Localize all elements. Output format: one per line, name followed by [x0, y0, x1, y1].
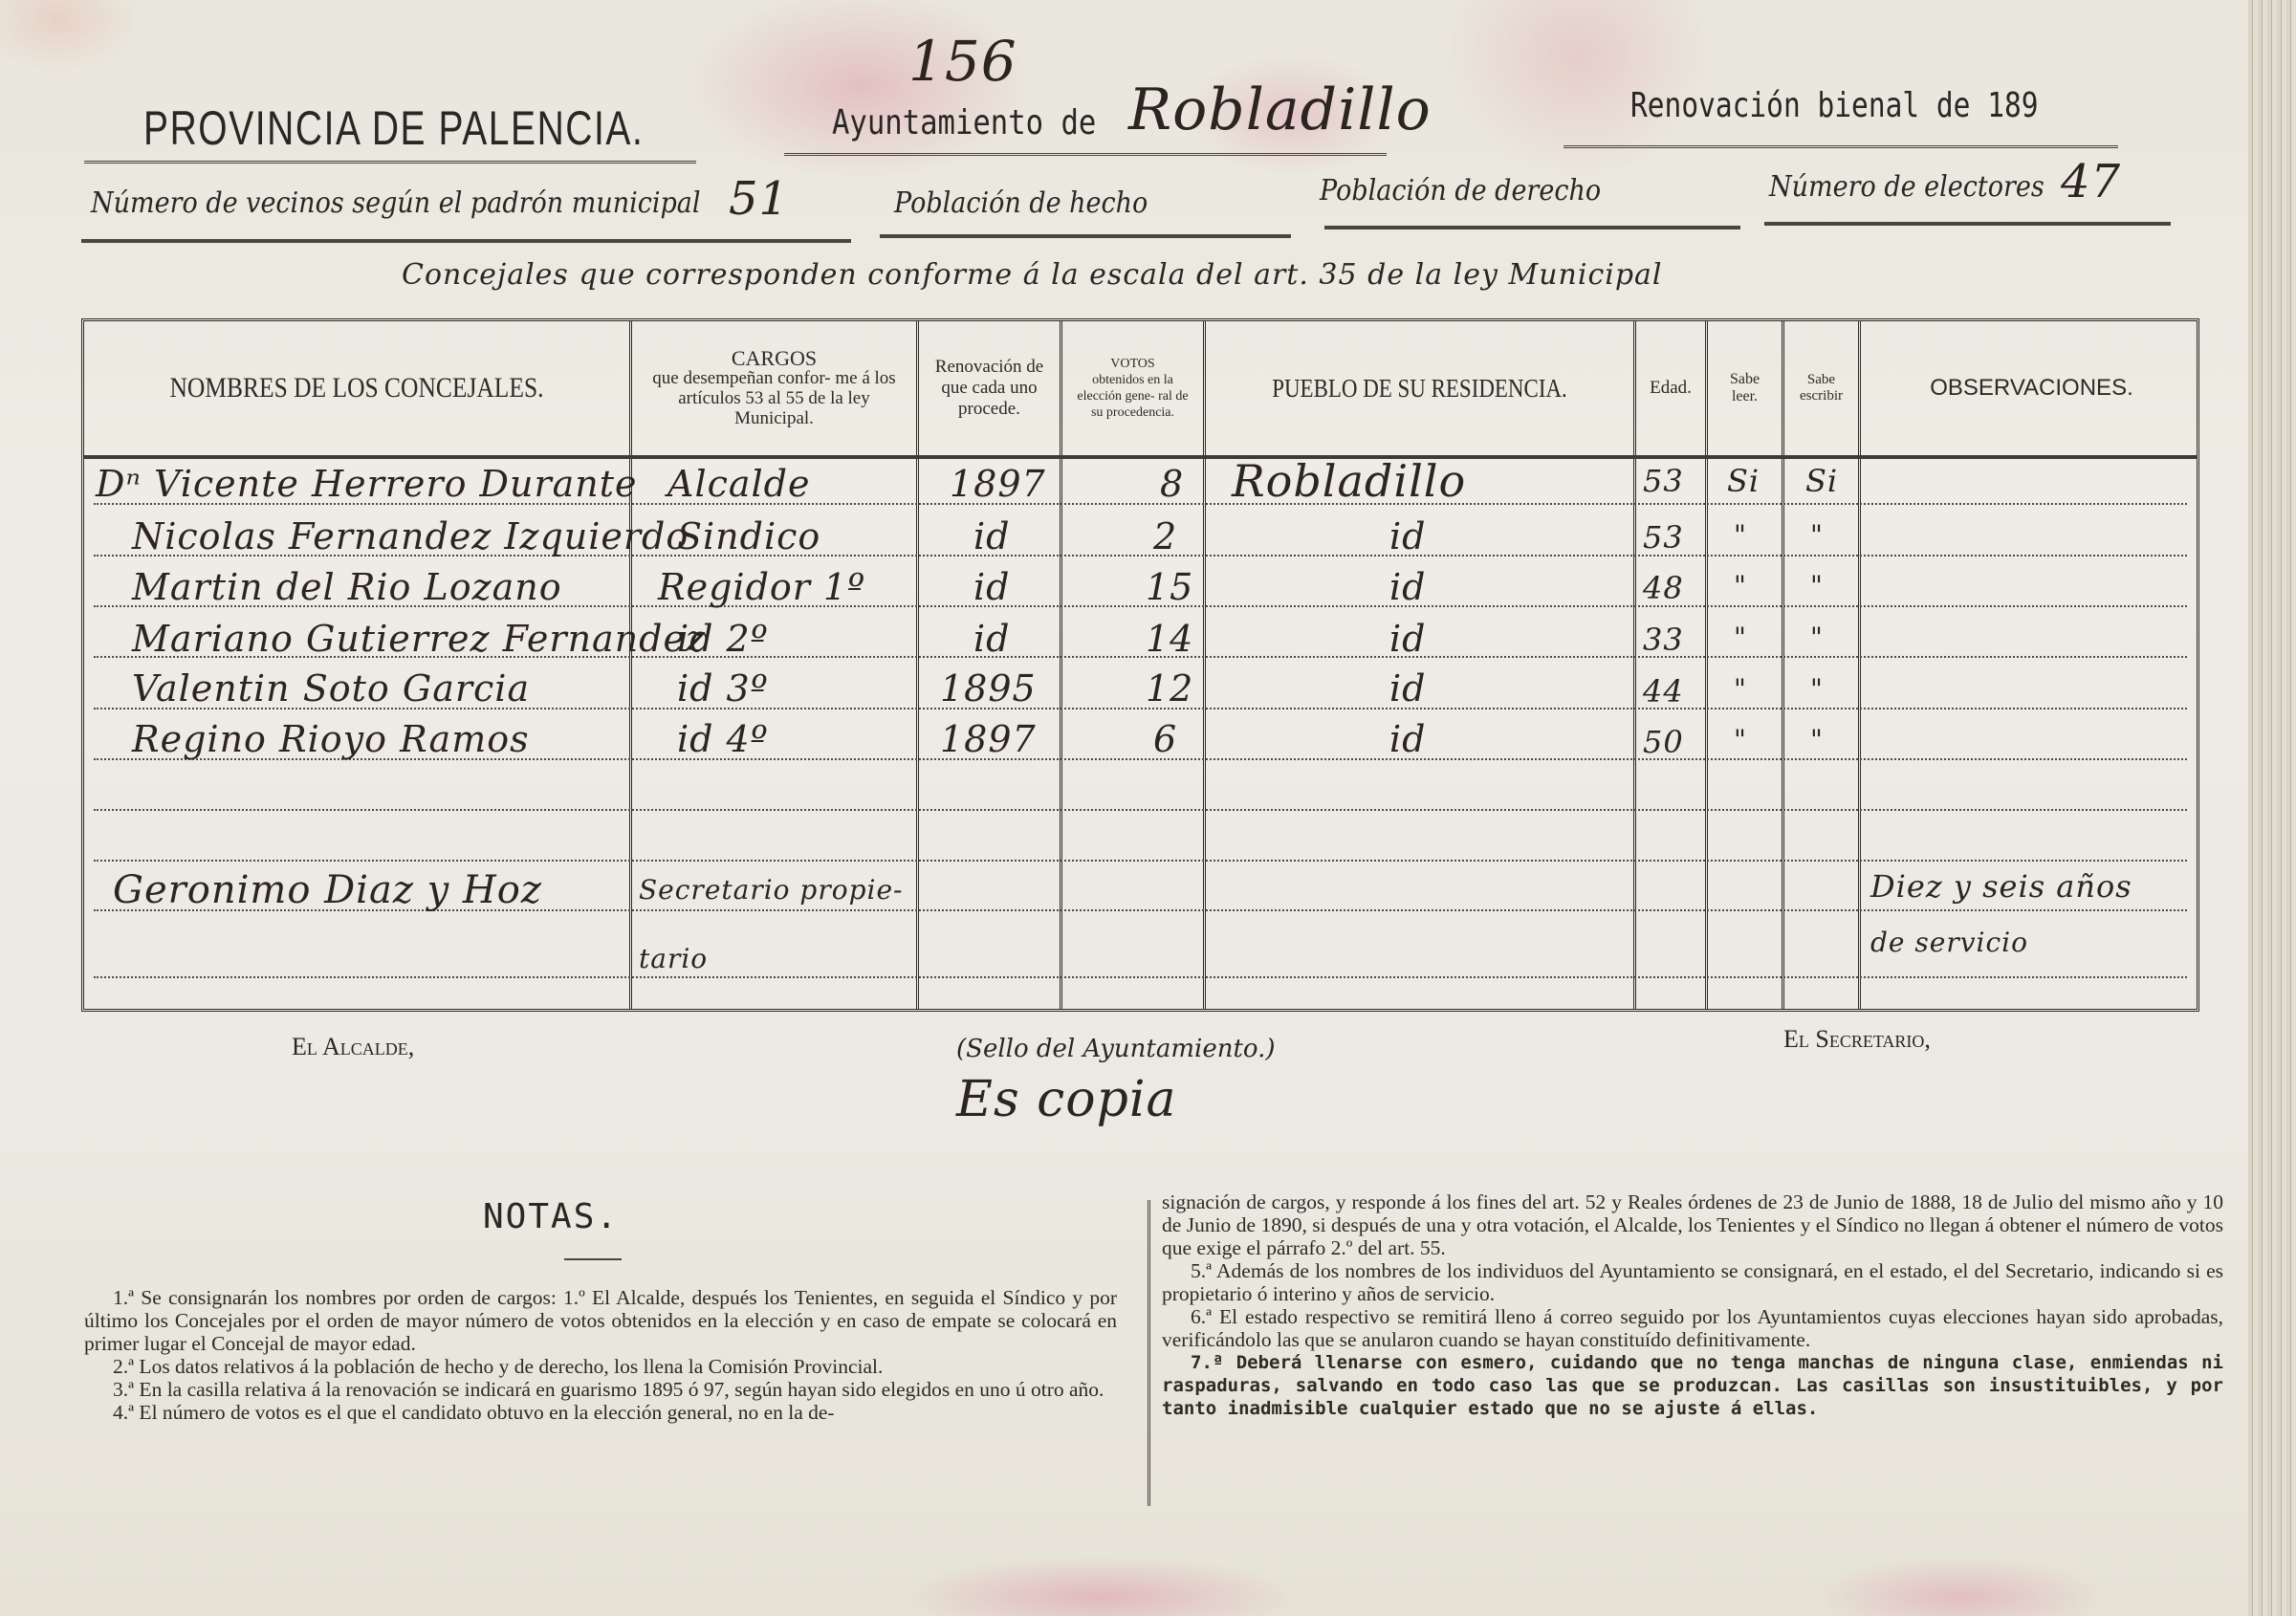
electores-label: Número de electores	[1769, 170, 2045, 204]
rule	[1764, 222, 2171, 226]
cell-cargo-2: Sindico	[677, 515, 820, 557]
rule	[1563, 145, 2118, 148]
secretary-cargo-cont: tario	[639, 943, 708, 974]
alcalde-signature-label: El Alcalde,	[292, 1033, 414, 1061]
cell-edad-2: 53	[1643, 519, 1684, 556]
cell-pueblo-5: id	[1389, 667, 1426, 710]
cell-leer-6: "	[1734, 724, 1747, 755]
cell-leer-1: Si	[1727, 463, 1760, 499]
cell-cargo-4: id 2º	[677, 618, 769, 660]
cell-edad-1: 53	[1643, 463, 1684, 499]
notes-left-column: 1.ª Se consignarán los nombres por orden…	[84, 1286, 1117, 1424]
notes-column-divider	[1148, 1200, 1150, 1506]
province-title: PROVINCIA DE PALENCIA.	[143, 100, 644, 156]
cell-escribir-3: "	[1810, 570, 1824, 601]
cell-votos-2: 2	[1153, 515, 1177, 557]
col-header-votos: VOTOS obtenidos en la elección gene- ral…	[1062, 321, 1203, 455]
vecinos-label: Número de vecinos según el padrón munici…	[91, 186, 701, 220]
notes-divider	[564, 1258, 622, 1260]
cell-renovacion-6: 1897	[940, 718, 1037, 760]
es-copia-annotation: Es copia	[956, 1071, 1177, 1128]
cell-cargo-3: Regidor 1º	[658, 566, 865, 608]
col-header-nombres: NOMBRES DE LOS CONCEJALES.	[125, 321, 589, 455]
document-page: 156 PROVINCIA DE PALENCIA. Ayuntamiento …	[0, 0, 2296, 1616]
rule	[81, 239, 851, 243]
col-header-sabe-escribir: Sabe escribir	[1784, 321, 1858, 455]
col-header-observaciones: OBSERVACIONES.	[1861, 321, 2202, 455]
rule	[784, 153, 1387, 156]
cell-votos-6: 6	[1153, 718, 1177, 760]
cell-nombre-1: Dⁿ Vicente Herrero Durante	[96, 463, 638, 505]
cell-leer-5: "	[1734, 673, 1747, 705]
col-header-cargos: CARGOS que desempeñan confor- me á los a…	[632, 321, 916, 455]
cell-cargo-1: Alcalde	[667, 463, 811, 505]
cell-leer-4: "	[1734, 622, 1747, 653]
cell-renovacion-4: id	[973, 618, 1010, 660]
cell-votos-3: 15	[1146, 566, 1193, 608]
cell-votos-5: 12	[1146, 667, 1193, 710]
councillors-table: NOMBRES DE LOS CONCEJALES. CARGOS que de…	[81, 318, 2199, 1012]
notes-title: NOTAS.	[483, 1197, 619, 1236]
note-3: 3.ª En la casilla relativa á la renovaci…	[84, 1378, 1117, 1401]
cell-edad-5: 44	[1643, 673, 1684, 710]
cell-cargo-6: id 4º	[677, 718, 769, 760]
cell-nombre-5: Valentin Soto Garcia	[132, 667, 530, 710]
note-6: 6.ª El estado respectivo se remitirá lle…	[1162, 1305, 2223, 1351]
secretary-observaciones-cont: de servicio	[1870, 927, 2028, 958]
cell-nombre-6: Regino Rioyo Ramos	[132, 718, 530, 760]
secretario-signature-label: El Secretario,	[1783, 1025, 1931, 1054]
secretary-name: Geronimo Diaz y Hoz	[113, 868, 542, 912]
cell-edad-4: 33	[1643, 622, 1684, 658]
cell-escribir-6: "	[1810, 724, 1824, 755]
secretary-observaciones: Diez y seis años	[1870, 868, 2132, 905]
cell-escribir-1: Si	[1805, 463, 1838, 499]
note-7: 7.ª Deberá llenarse con esmero, cuidando…	[1162, 1351, 2223, 1420]
concejales-label: Concejales que corresponden conforme á l…	[402, 258, 1663, 292]
note-5: 5.ª Además de los nombres de los individ…	[1162, 1259, 2223, 1305]
note-4-cont: signación de cargos, y responde á los fi…	[1162, 1190, 2223, 1259]
cell-nombre-4: Mariano Gutierrez Fernandez	[132, 618, 706, 660]
cell-nombre-3: Martin del Rio Lozano	[132, 566, 562, 608]
note-2: 2.ª Los datos relativos á la población d…	[84, 1355, 1117, 1378]
cell-renovacion-5: 1895	[940, 667, 1037, 710]
cell-renovacion-2: id	[973, 515, 1010, 557]
cell-leer-3: "	[1734, 570, 1747, 601]
cell-pueblo-2: id	[1389, 515, 1426, 557]
rule	[880, 234, 1291, 238]
cell-pueblo-4: id	[1389, 618, 1426, 660]
poblacion-hecho-label: Población de hecho	[894, 186, 1148, 220]
col-header-sabe-leer: Sabe leer.	[1708, 321, 1782, 455]
cell-escribir-4: "	[1810, 622, 1824, 653]
cell-renovacion-1: 1897	[950, 463, 1046, 505]
rule	[84, 161, 696, 164]
electores-value: 47	[2061, 155, 2121, 208]
renovacion-label: Renovación bienal de 189	[1630, 86, 2039, 125]
cell-escribir-2: "	[1810, 519, 1824, 551]
rule	[1324, 226, 1740, 229]
ayuntamiento-label: Ayuntamiento de	[832, 103, 1096, 142]
notes-right-column: signación de cargos, y responde á los fi…	[1162, 1190, 2223, 1420]
cell-pueblo-3: id	[1389, 566, 1426, 608]
cell-votos-1: 8	[1160, 463, 1184, 505]
cell-pueblo-1: Robladillo	[1232, 455, 1466, 507]
cell-edad-6: 50	[1643, 724, 1684, 760]
cell-edad-3: 48	[1643, 570, 1684, 606]
col-header-pueblo: PUEBLO DE SU RESIDENCIA.	[1238, 321, 1602, 455]
col-header-edad: Edad.	[1636, 321, 1705, 455]
cell-leer-2: "	[1734, 519, 1747, 551]
note-4: 4.ª El número de votos es el que el cand…	[84, 1401, 1117, 1424]
folio-number: 156	[908, 29, 1017, 94]
note-1: 1.ª Se consignarán los nombres por orden…	[84, 1286, 1117, 1355]
sello-label: (Sello del Ayuntamiento.)	[956, 1035, 1276, 1063]
cell-votos-4: 14	[1146, 618, 1193, 660]
cell-escribir-5: "	[1810, 673, 1824, 705]
vecinos-value: 51	[729, 172, 789, 226]
ayuntamiento-value: Robladillo	[1128, 76, 1432, 143]
cell-pueblo-6: id	[1389, 718, 1426, 760]
cell-cargo-5: id 3º	[677, 667, 769, 710]
page-stack-edge	[2248, 0, 2296, 1616]
cell-renovacion-3: id	[973, 566, 1010, 608]
poblacion-derecho-label: Población de derecho	[1320, 174, 1601, 207]
secretary-cargo: Secretario propie-	[639, 874, 904, 906]
col-header-renovacion: Renovación de que cada uno procede.	[919, 321, 1060, 455]
cell-nombre-2: Nicolas Fernandez Izquierdo	[132, 515, 689, 557]
